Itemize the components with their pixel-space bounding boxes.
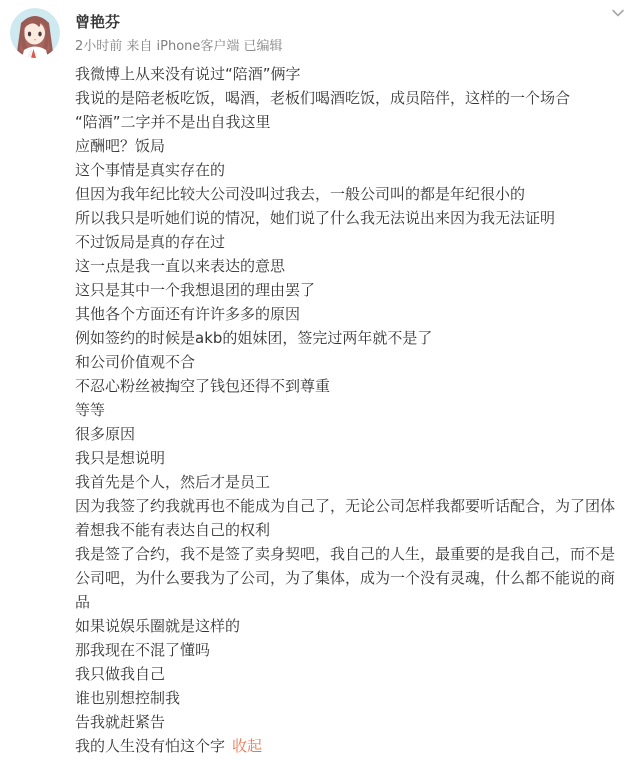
post-line: 我只做我自己 bbox=[75, 662, 615, 686]
post-line: 我微博上从来没有说过“陪酒”俩字 bbox=[75, 62, 615, 86]
post-line: 我是签了合约，我不是签了卖身契吧，我自己的人生，最重要的是我自己，而不是公司吧，… bbox=[75, 542, 615, 614]
post-line: 等等 bbox=[75, 398, 615, 422]
header-text: 曾艳芬 2小时前 来自 iPhone客户端 已编辑 bbox=[75, 8, 621, 55]
avatar[interactable] bbox=[10, 8, 60, 58]
post-content: 我微博上从来没有说过“陪酒”俩字我说的是陪老板吃饭，喝酒，老板们喝酒吃饭，成员陪… bbox=[75, 62, 615, 758]
post-line: 应酬吧？饭局 bbox=[75, 134, 615, 158]
post-line: 如果说娱乐圈就是这样的 bbox=[75, 614, 615, 638]
post-line: 和公司价值观不合 bbox=[75, 350, 615, 374]
post-line: 所以我只是听她们说的情况，她们说了什么我无法说出来因为我无法证明 bbox=[75, 206, 615, 230]
post-header: 曾艳芬 2小时前 来自 iPhone客户端 已编辑 bbox=[10, 8, 621, 58]
post-line: 这一点是我一直以来表达的意思 bbox=[75, 254, 615, 278]
post-line: 其他各个方面还有许许多多的原因 bbox=[75, 302, 615, 326]
post-line: 不过饭局是真的存在过 bbox=[75, 230, 615, 254]
post-line: 我说的是陪老板吃饭，喝酒，老板们喝酒吃饭，成员陪伴，这样的一个场合 bbox=[75, 86, 615, 110]
post-line: 这个事情是真实存在的 bbox=[75, 158, 615, 182]
post-line: 谁也别想控制我 bbox=[75, 686, 615, 710]
chevron-down-icon[interactable] bbox=[609, 4, 627, 22]
post-line: “陪酒”二字并不是出自我这里 bbox=[75, 110, 615, 134]
username[interactable]: 曾艳芬 bbox=[75, 12, 621, 32]
post-line: 告我就赶紧告 bbox=[75, 710, 615, 734]
post-line: 我首先是个人，然后才是员工 bbox=[75, 470, 615, 494]
post-line: 例如签约的时候是akb的姐妹团，签完过两年就不是了 bbox=[75, 326, 615, 350]
post-line: 因为我签了约我就再也不能成为自己了，无论公司怎样我都要听话配合，为了团体着想我不… bbox=[75, 494, 615, 542]
post-last-line: 我的人生没有怕这个字收起 bbox=[75, 734, 615, 758]
post-last-line-text: 我的人生没有怕这个字 bbox=[75, 737, 225, 755]
post-line: 我只是想说明 bbox=[75, 446, 615, 470]
post-line: 这只是其中一个我想退团的理由罢了 bbox=[75, 278, 615, 302]
post-lines: 我微博上从来没有说过“陪酒”俩字我说的是陪老板吃饭，喝酒，老板们喝酒吃饭，成员陪… bbox=[75, 62, 615, 734]
anime-girl-avatar-icon bbox=[10, 8, 60, 58]
weibo-post-card: 曾艳芬 2小时前 来自 iPhone客户端 已编辑 我微博上从来没有说过“陪酒”… bbox=[0, 0, 631, 760]
post-meta: 2小时前 来自 iPhone客户端 已编辑 bbox=[75, 38, 621, 55]
post-line: 那我现在不混了懂吗 bbox=[75, 638, 615, 662]
post-line: 很多原因 bbox=[75, 422, 615, 446]
post-line: 但因为我年纪比较大公司没叫过我去，一般公司叫的都是年纪很小的 bbox=[75, 182, 615, 206]
post-line: 不忍心粉丝被掏空了钱包还得不到尊重 bbox=[75, 374, 615, 398]
collapse-link[interactable]: 收起 bbox=[232, 737, 262, 755]
